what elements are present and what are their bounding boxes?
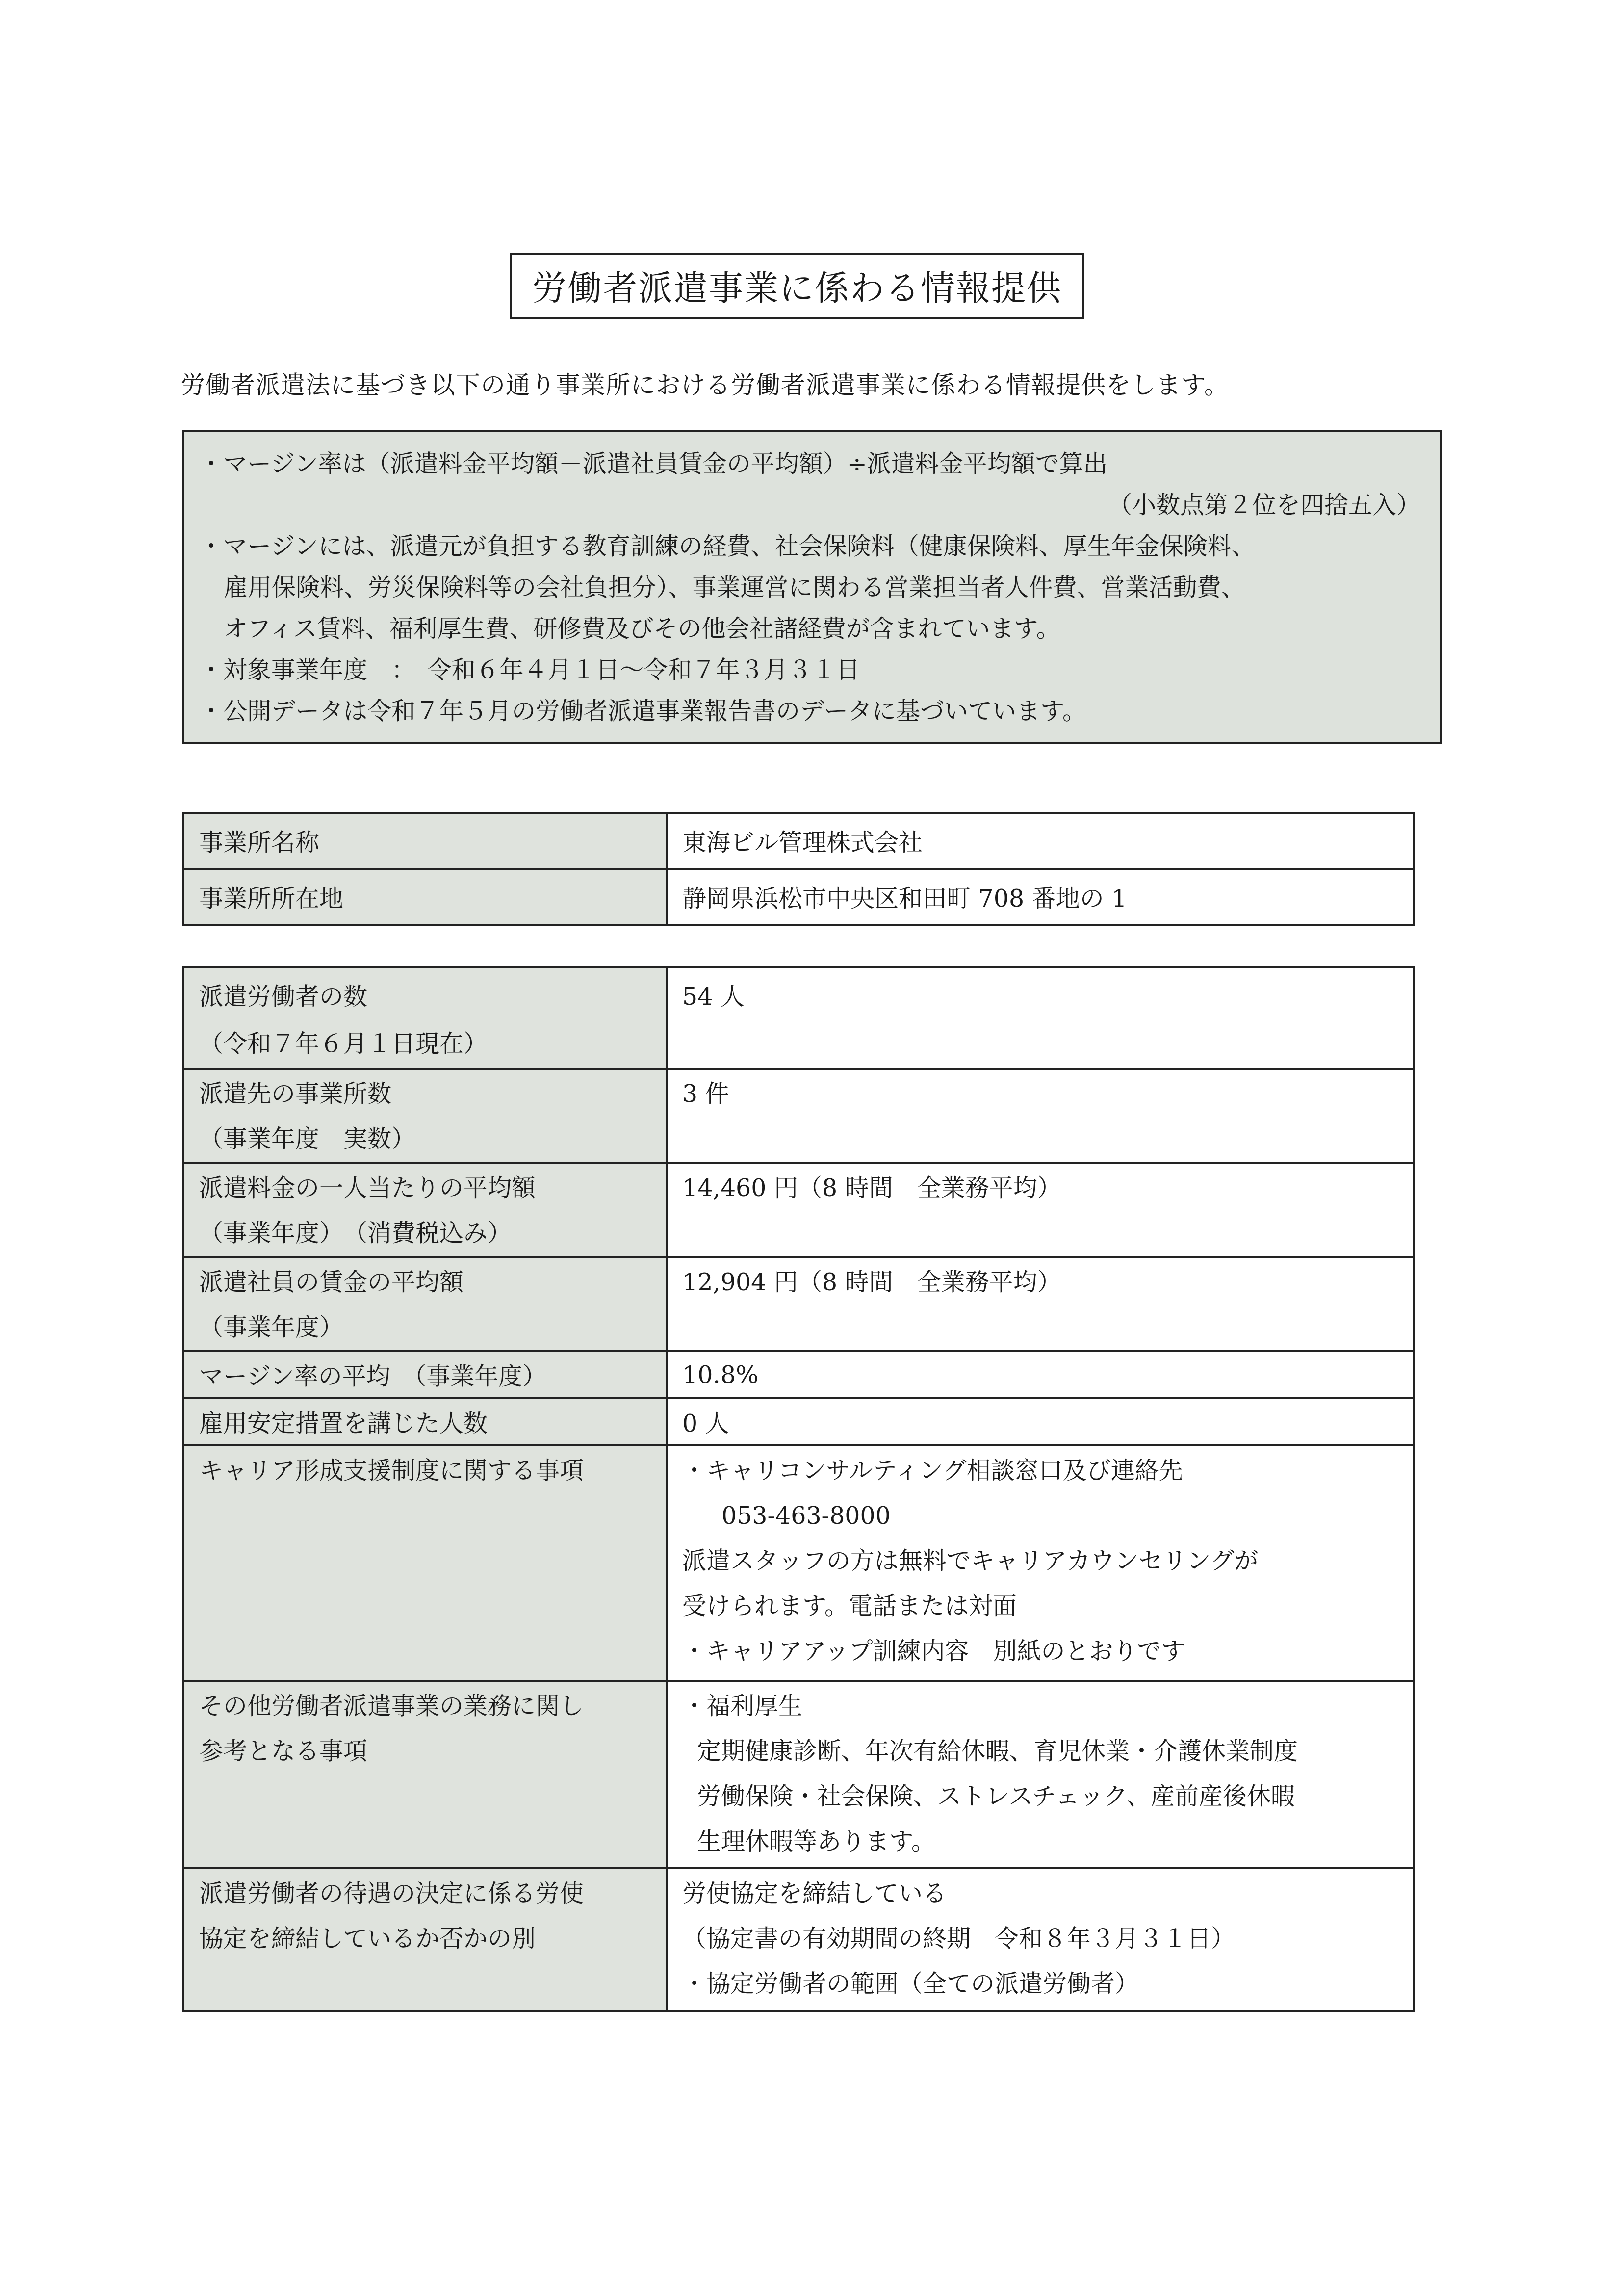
- other-label-sub: 参考となる事項: [199, 1729, 666, 1774]
- career-value: ・キャリコンサルティング相談窓口及び連絡先 053-463-8000 派遣スタッ…: [667, 1445, 1414, 1681]
- notes-box: ・マージン率は（派遣料金平均額－派遣社員賃金の平均額）÷派遣料金平均額で算出 （…: [182, 430, 1442, 744]
- workers-value: 54 人: [667, 967, 1414, 1069]
- fee-label: 派遣料金の一人当たりの平均額 （事業年度） （消費税込み）: [183, 1163, 667, 1257]
- agreement-value: 労使協定を締結している （協定書の有効期間の終期 令和８年３月３１日） ・協定労…: [667, 1868, 1414, 2011]
- table-row: 派遣労働者の待遇の決定に係る労使 協定を締結しているか否かの別 労使協定を締結し…: [183, 1868, 1414, 2011]
- sites-label: 派遣先の事業所数 （事業年度 実数）: [183, 1069, 667, 1163]
- career-consulting-line: ・キャリコンサルティング相談窓口及び連絡先: [682, 1448, 1413, 1493]
- agreement-label: 派遣労働者の待遇の決定に係る労使 協定を締結しているか否かの別: [183, 1868, 667, 2011]
- note-fiscal-year: ・対象事業年度 ： 令和６年４月１日～令和７年３月３１日: [199, 650, 1425, 691]
- welfare-line-2: 労働保険・社会保険、ストレスチェック、産前産後休暇: [682, 1774, 1413, 1819]
- table-row: 派遣労働者の数 （令和７年６月１日現在） 54 人: [183, 967, 1414, 1069]
- agreement-status: 労使協定を締結している: [682, 1871, 1413, 1916]
- other-value: ・福利厚生 定期健康診断、年次有給休暇、育児休業・介護休業制度 労働保険・社会保…: [667, 1681, 1414, 1868]
- document-title: 労働者派遣事業に係わる情報提供: [510, 253, 1084, 319]
- note-margin-contents: ・マージンには、派遣元が負担する教育訓練の経費、社会保険料（健康保険料、厚生年金…: [199, 526, 1425, 567]
- workers-label: 派遣労働者の数 （令和７年６月１日現在）: [183, 967, 667, 1069]
- table-row: 派遣料金の一人当たりの平均額 （事業年度） （消費税込み） 14,460 円（8…: [183, 1163, 1414, 1257]
- wage-label: 派遣社員の賃金の平均額 （事業年度）: [183, 1257, 667, 1351]
- note-rounding: （小数点第２位を四捨五入）: [199, 485, 1425, 526]
- table-row: マージン率の平均 （事業年度） 10.8%: [183, 1351, 1414, 1398]
- table-row: キャリア形成支援制度に関する事項 ・キャリコンサルティング相談窓口及び連絡先 0…: [183, 1445, 1414, 1681]
- agreement-label-main: 派遣労働者の待遇の決定に係る労使: [199, 1871, 666, 1916]
- stability-label: 雇用安定措置を講じた人数: [183, 1398, 667, 1445]
- margin-value: 10.8%: [667, 1351, 1414, 1398]
- wage-label-sub: （事業年度）: [199, 1305, 666, 1350]
- office-address-label: 事業所所在地: [183, 869, 667, 925]
- details-table: 派遣労働者の数 （令和７年６月１日現在） 54 人 派遣先の事業所数 （事業年度…: [182, 966, 1415, 2012]
- career-phone-number: 053-463-8000: [682, 1493, 1413, 1539]
- sites-count: 3 件: [682, 1071, 1413, 1117]
- note-margin-contents-cont1: 雇用保険料、労災保険料等の会社負担分）、事業運営に関わる営業担当者人件費、営業活…: [199, 567, 1425, 608]
- career-training-line: ・キャリアアップ訓練内容 別紙のとおりです: [682, 1629, 1413, 1674]
- agreement-term: （協定書の有効期間の終期 令和８年３月３１日）: [682, 1916, 1413, 1961]
- fee-value: 14,460 円（8 時間 全業務平均）: [667, 1163, 1414, 1257]
- table-row: 派遣先の事業所数 （事業年度 実数） 3 件: [183, 1069, 1414, 1163]
- note-margin-formula: ・マージン率は（派遣料金平均額－派遣社員賃金の平均額）÷派遣料金平均額で算出: [199, 444, 1425, 485]
- career-label: キャリア形成支援制度に関する事項: [183, 1445, 667, 1681]
- document-title-text: 労働者派遣事業に係わる情報提供: [532, 261, 1062, 311]
- agreement-scope: ・協定労働者の範囲（全ての派遣労働者）: [682, 1961, 1413, 2007]
- career-label-text: キャリア形成支援制度に関する事項: [199, 1448, 666, 1493]
- office-table: 事業所名称 東海ビル管理株式会社 事業所所在地 静岡県浜松市中央区和田町 708…: [182, 812, 1415, 926]
- sites-label-main: 派遣先の事業所数: [199, 1071, 666, 1117]
- table-row: 事業所所在地 静岡県浜松市中央区和田町 708 番地の 1: [183, 869, 1414, 925]
- wage-value: 12,904 円（8 時間 全業務平均）: [667, 1257, 1414, 1351]
- intro-text: 労働者派遣法に基づき以下の通り事業所における労働者派遣事業に係わる情報提供をしま…: [180, 365, 1456, 401]
- fee-label-main: 派遣料金の一人当たりの平均額: [199, 1166, 666, 1211]
- workers-count: 54 人: [682, 973, 1413, 1020]
- workers-label-sub: （令和７年６月１日現在）: [199, 1020, 666, 1068]
- welfare-line-1: 定期健康診断、年次有給休暇、育児休業・介護休業制度: [682, 1729, 1413, 1774]
- office-name-value: 東海ビル管理株式会社: [667, 813, 1414, 869]
- note-data-source: ・公開データは令和７年５月の労働者派遣事業報告書のデータに基づいています。: [199, 691, 1425, 732]
- career-counseling-line: 派遣スタッフの方は無料でキャリアカウンセリングが: [682, 1539, 1413, 1584]
- other-label: その他労働者派遣事業の業務に関し 参考となる事項: [183, 1681, 667, 1868]
- office-address-value: 静岡県浜松市中央区和田町 708 番地の 1: [667, 869, 1414, 925]
- sites-value: 3 件: [667, 1069, 1414, 1163]
- table-row: 派遣社員の賃金の平均額 （事業年度） 12,904 円（8 時間 全業務平均）: [183, 1257, 1414, 1351]
- note-margin-contents-cont2: オフィス賃料、福利厚生費、研修費及びその他会社諸経費が含まれています。: [199, 608, 1425, 650]
- workers-label-main: 派遣労働者の数: [199, 973, 666, 1020]
- table-row: 雇用安定措置を講じた人数 0 人: [183, 1398, 1414, 1445]
- table-row: 事業所名称 東海ビル管理株式会社: [183, 813, 1414, 869]
- agreement-label-sub: 協定を締結しているか否かの別: [199, 1916, 666, 1961]
- wage-label-main: 派遣社員の賃金の平均額: [199, 1260, 666, 1305]
- stability-value: 0 人: [667, 1398, 1414, 1445]
- welfare-line-3: 生理休暇等あります。: [682, 1819, 1413, 1864]
- table-row: その他労働者派遣事業の業務に関し 参考となる事項 ・福利厚生 定期健康診断、年次…: [183, 1681, 1414, 1868]
- office-name-label: 事業所名称: [183, 813, 667, 869]
- welfare-heading: ・福利厚生: [682, 1684, 1413, 1729]
- other-label-main: その他労働者派遣事業の業務に関し: [199, 1684, 666, 1729]
- career-counseling-line-cont: 受けられます。電話または対面: [682, 1584, 1413, 1629]
- sites-label-sub: （事業年度 実数）: [199, 1117, 666, 1162]
- wage-amount: 12,904 円（8 時間 全業務平均）: [682, 1260, 1413, 1305]
- fee-amount: 14,460 円（8 時間 全業務平均）: [682, 1166, 1413, 1211]
- margin-label: マージン率の平均 （事業年度）: [183, 1351, 667, 1398]
- fee-label-sub: （事業年度） （消費税込み）: [199, 1211, 666, 1256]
